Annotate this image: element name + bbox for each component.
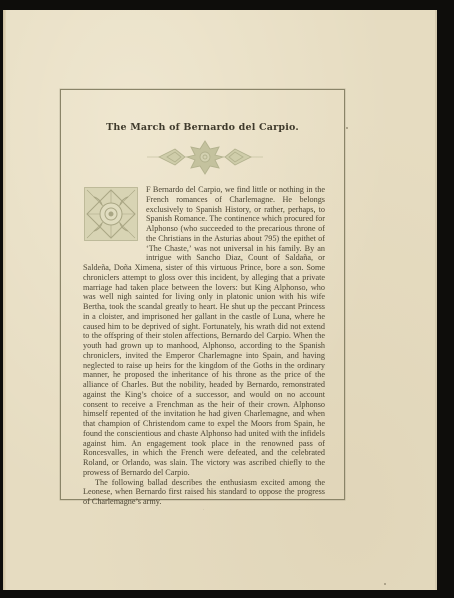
book-page: The March of Bernardo del Carpio. — [3, 10, 437, 590]
paper-speck — [384, 583, 386, 585]
paragraph-2: The following ballad describes the enthu… — [83, 478, 325, 507]
dropcap-space — [83, 185, 146, 262]
chapter-title: The March of Bernardo del Carpio. — [61, 122, 344, 133]
text-frame: The March of Bernardo del Carpio. — [60, 89, 345, 500]
fleuron-ornament-icon — [145, 139, 265, 175]
paper-speck — [346, 127, 348, 129]
page-mark: · — [203, 507, 207, 511]
body-text: F Bernardo del Carpio, we find little or… — [83, 185, 325, 507]
page-edge — [3, 10, 6, 590]
